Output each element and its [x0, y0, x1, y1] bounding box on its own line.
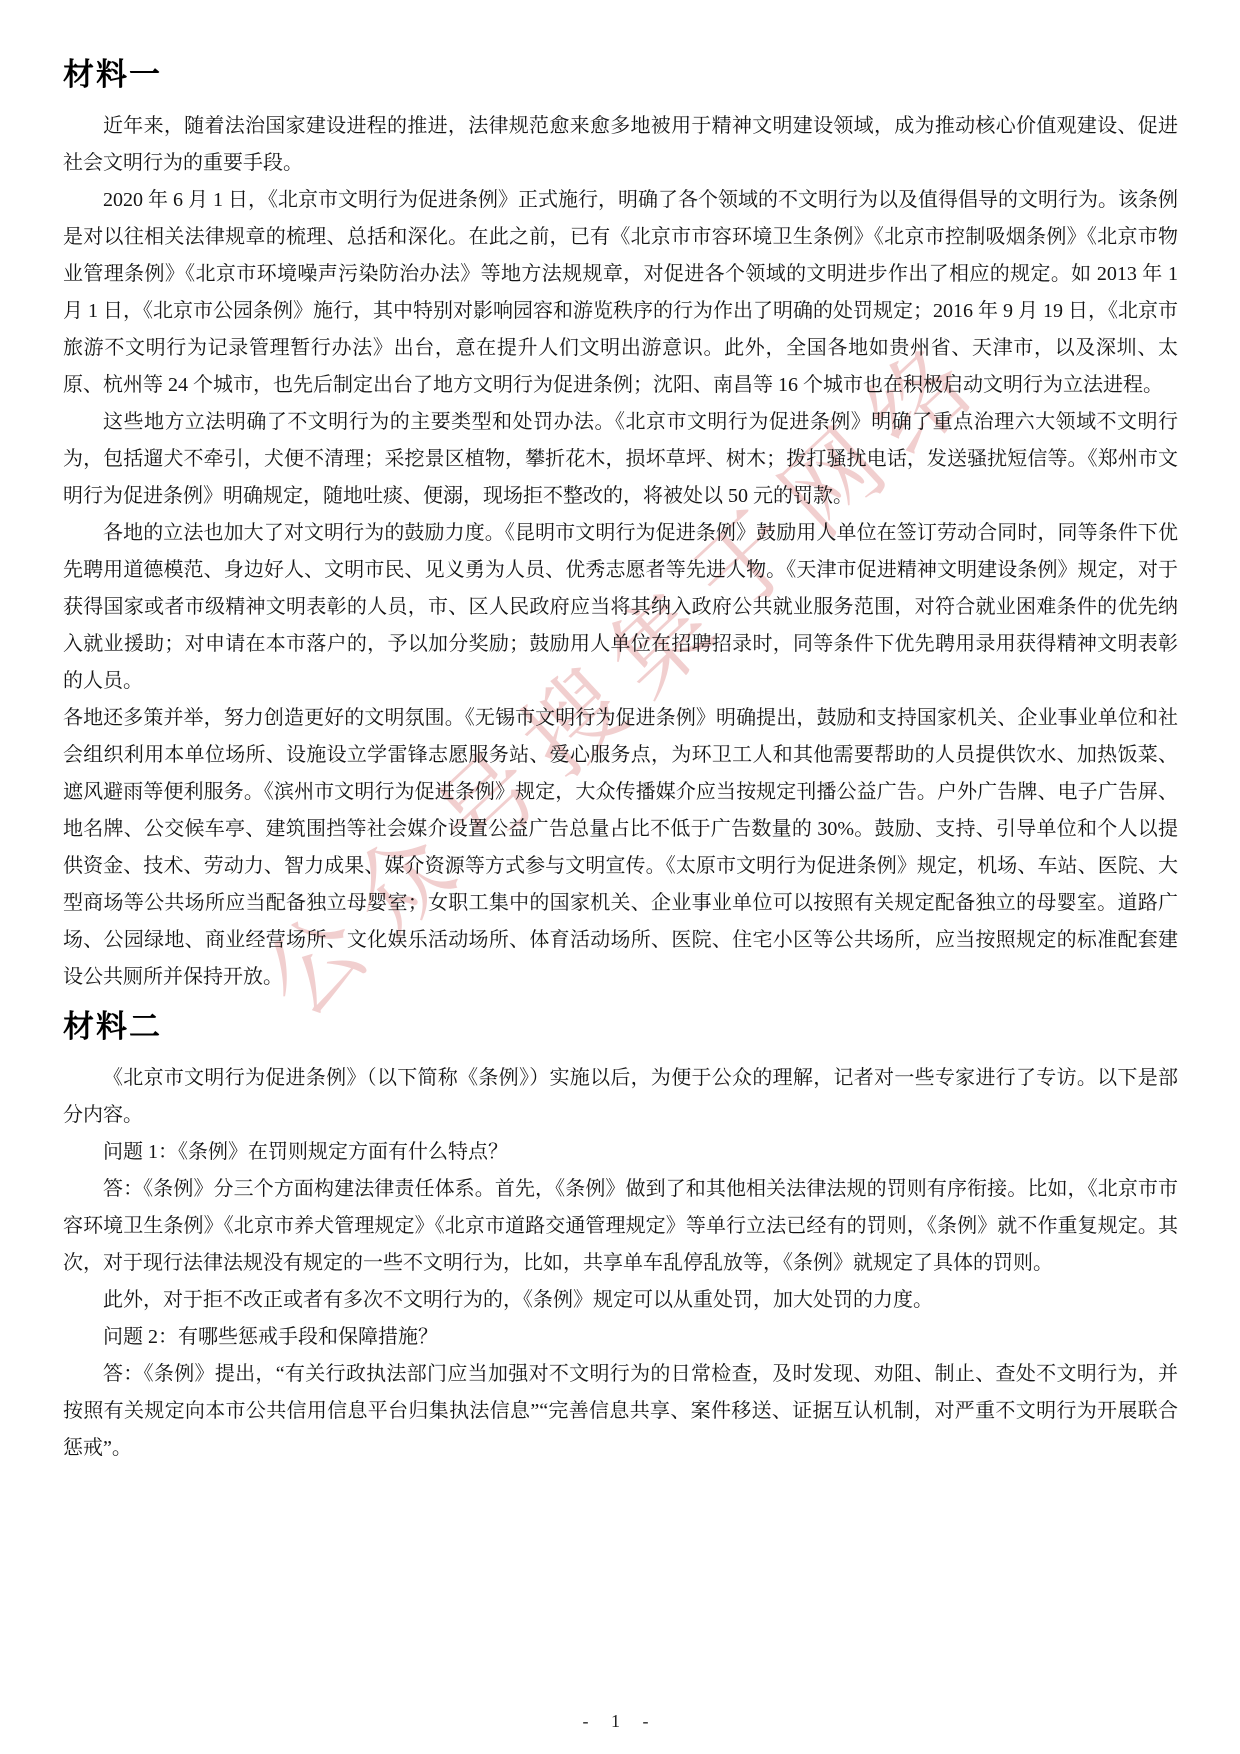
paragraph-answer: 答：《条例》提出，“有关行政执法部门应当加强对不文明行为的日常检查，及时发现、劝… — [63, 1356, 1178, 1467]
paragraph-answer: 答：《条例》分三个方面构建法律责任体系。首先，《条例》做到了和其他相关法律法规的… — [63, 1171, 1178, 1282]
section-heading-material-2: 材料二 — [63, 1008, 1178, 1047]
paragraph: 《北京市文明行为促进条例》（以下简称《条例》）实施以后，为便于公众的理解，记者对… — [63, 1060, 1178, 1134]
paragraph: 此外，对于拒不改正或者有多次不文明行为的，《条例》规定可以从重处罚，加大处罚的力… — [63, 1282, 1178, 1319]
document-content: 材料一 近年来，随着法治国家建设进程的推进，法律规范愈来愈多地被用于精神文明建设… — [63, 56, 1178, 1467]
page-number: - 1 - — [0, 1711, 1240, 1732]
paragraph: 各地的立法也加大了对文明行为的鼓励力度。《昆明市文明行为促进条例》鼓励用人单位在… — [63, 515, 1178, 700]
document-page: 公众号搜集于网络 材料一 近年来，随着法治国家建设进程的推进，法律规范愈来愈多地… — [0, 0, 1240, 1754]
paragraph: 近年来，随着法治国家建设进程的推进，法律规范愈来愈多地被用于精神文明建设领域，成… — [63, 108, 1178, 182]
paragraph-question: 问题 2：有哪些惩戒手段和保障措施？ — [63, 1319, 1178, 1356]
paragraph-question: 问题 1：《条例》在罚则规定方面有什么特点？ — [63, 1134, 1178, 1171]
paragraph: 各地还多策并举，努力创造更好的文明氛围。《无锡市文明行为促进条例》明确提出，鼓励… — [63, 700, 1178, 996]
paragraph: 2020 年 6 月 1 日，《北京市文明行为促进条例》正式施行，明确了各个领域… — [63, 182, 1178, 404]
section-heading-material-1: 材料一 — [63, 56, 1178, 95]
paragraph: 这些地方立法明确了不文明行为的主要类型和处罚办法。《北京市文明行为促进条例》明确… — [63, 404, 1178, 515]
